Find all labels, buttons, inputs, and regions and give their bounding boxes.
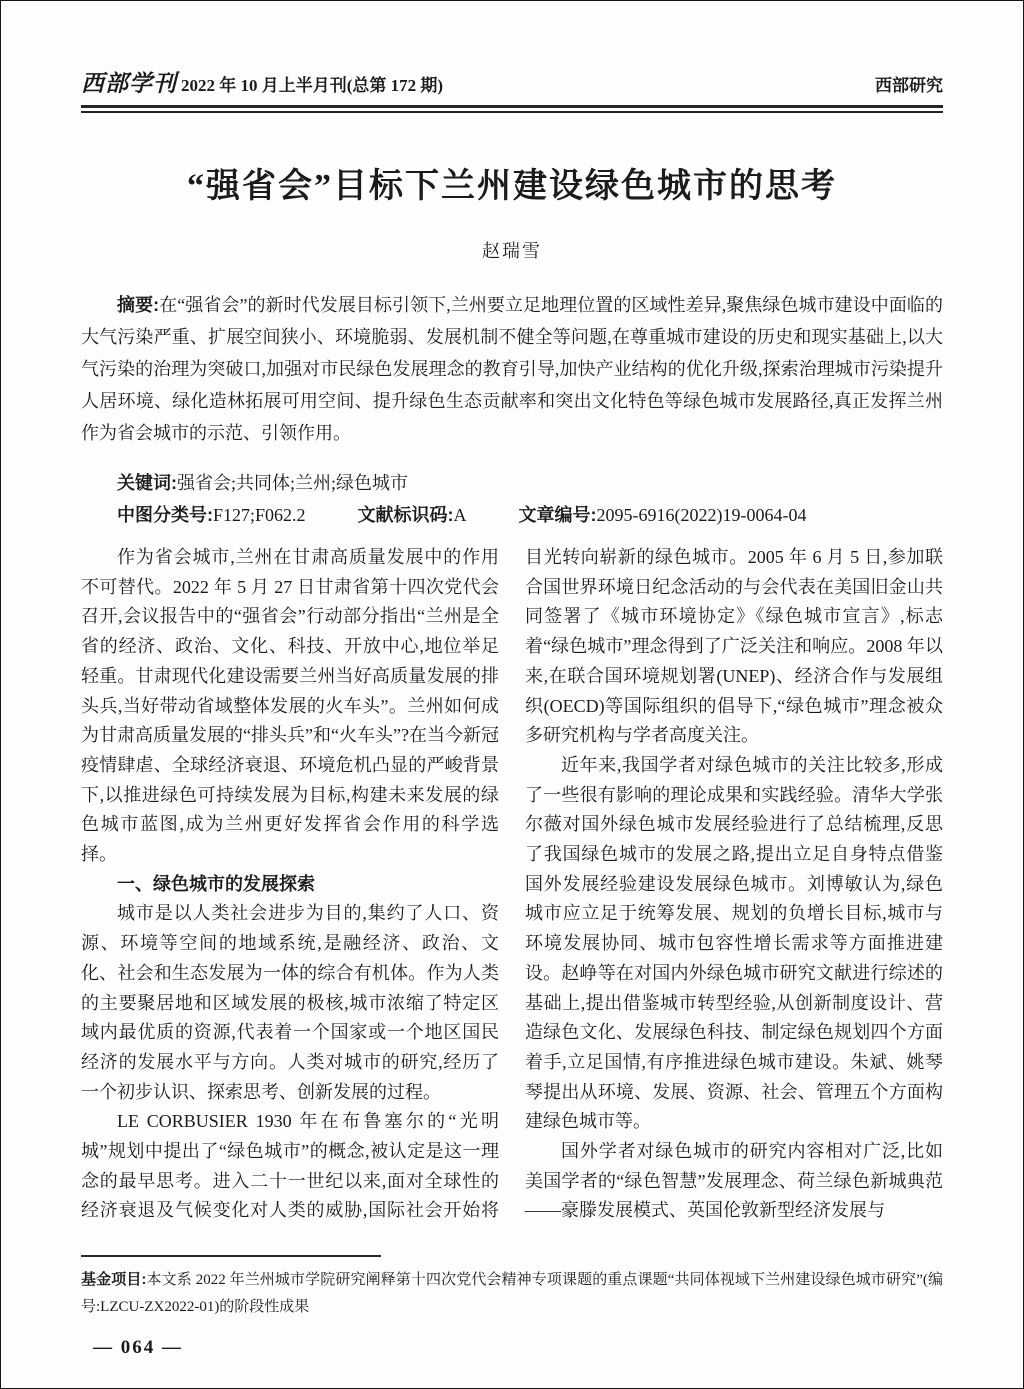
body-paragraph: 作为省会城市,兰州在甘肃高质量发展中的作用不可替代。2022 年 5 月 27 …: [81, 543, 499, 870]
section-heading: 一、绿色城市的发展探索: [81, 870, 499, 900]
doc-code-label: 文献标识码:: [358, 505, 454, 525]
header-divider: [81, 105, 943, 113]
body-paragraph: 城市是以人类社会进步为目的,集约了人口、资源、环境等空间的地域系统,是融经济、政…: [81, 899, 499, 1107]
funding-note: 基金项目:本文系 2022 年兰州城市学院研究阐释第十四次党代会精神专项课题的重…: [81, 1266, 943, 1321]
journal-page: 西部学刊 2022 年 10 月上半月刊(总第 172 期) 西部研究 “强省会…: [0, 0, 1024, 1389]
article-id-value: 2095-6916(2022)19-0064-04: [597, 505, 807, 525]
funding-label: 基金项目:: [81, 1271, 146, 1288]
keywords-line: 关键词:强省会;共同体;兰州;绿色城市: [81, 467, 943, 499]
abstract-text: 在“强省会”的新时代发展目标引领下,兰州要立足地理位置的区域性差异,聚焦绿色城市…: [81, 295, 943, 443]
section-label: 西部研究: [875, 71, 943, 96]
footnote-divider: [81, 1255, 381, 1257]
article-body: 作为省会城市,兰州在甘肃高质量发展中的作用不可替代。2022 年 5 月 27 …: [81, 543, 943, 1255]
article-author: 赵瑞雪: [81, 237, 943, 263]
article-title: “强省会”目标下兰州建设绿色城市的思考: [81, 163, 943, 211]
doc-code-value: A: [454, 505, 467, 525]
journal-logo: 西部学刊: [81, 65, 177, 98]
keywords-text: 强省会;共同体;兰州;绿色城市: [177, 473, 408, 493]
page-number: — 064 —: [93, 1337, 943, 1359]
page-header: 西部学刊 2022 年 10 月上半月刊(总第 172 期) 西部研究: [81, 1, 943, 98]
clc-label: 中图分类号:: [117, 505, 213, 525]
article-id-label: 文章编号:: [519, 505, 597, 525]
classification-line: 中图分类号:F127;F062.2文献标识码:A文章编号:2095-6916(2…: [81, 499, 943, 531]
abstract-label: 摘要:: [117, 295, 159, 315]
abstract-paragraph: 摘要:在“强省会”的新时代发展目标引领下,兰州要立足地理位置的区域性差异,聚焦绿…: [81, 289, 943, 449]
body-paragraph: 近年来,我国学者对绿色城市的关注比较多,形成了一些很有影响的理论成果和实践经验。…: [525, 751, 943, 1137]
clc-value: F127;F062.2: [213, 505, 306, 525]
funding-text: 本文系 2022 年兰州城市学院研究阐释第十四次党代会精神专项课题的重点课题“共…: [81, 1272, 943, 1315]
keywords-label: 关键词:: [117, 473, 177, 493]
body-paragraph: 国外学者对绿色城市的研究内容相对广泛,比如美国学者的“绿色智慧”发展理念、荷兰绿…: [525, 1137, 943, 1226]
issue-info: 2022 年 10 月上半月刊(总第 172 期): [181, 71, 443, 96]
header-left: 西部学刊 2022 年 10 月上半月刊(总第 172 期): [81, 65, 443, 98]
